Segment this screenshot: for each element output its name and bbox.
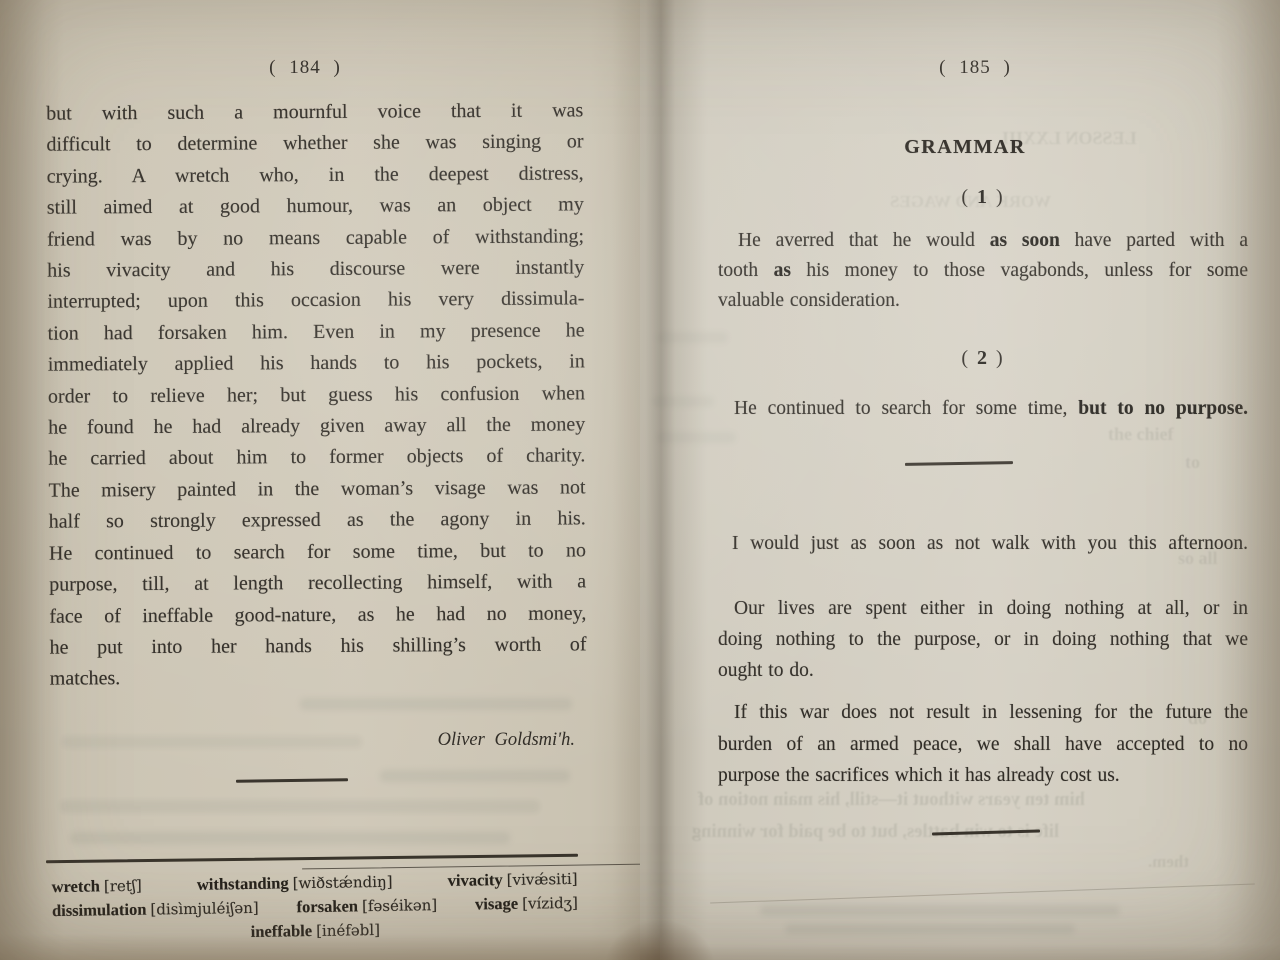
bleed-smudge	[380, 770, 570, 782]
bleed-through-text: the chief	[1108, 424, 1173, 445]
footer-rule	[46, 854, 578, 863]
vocabulary-row: dissimulation[disìmjuléiʃən]forsaken[fəs…	[52, 893, 578, 921]
text: tooth	[718, 260, 774, 281]
bold-text: 1	[977, 186, 989, 208]
text-line: he carried about him to former objects o…	[48, 441, 585, 476]
vocab-word: dissimulation	[52, 900, 147, 920]
page-bottom-edge	[640, 944, 1280, 960]
text-line: matches.	[50, 661, 587, 696]
divider-rule	[932, 829, 1040, 835]
author-attribution: Oliver Goldsmi'h.	[48, 730, 575, 751]
text: valuable consideration.	[718, 290, 900, 311]
text-line: purpose the sacrifices which it has alre…	[718, 760, 1248, 792]
text-line: friend was by no means capable of withst…	[47, 221, 584, 256]
vocab-phonetic: [disìmjuléiʃən]	[150, 899, 258, 919]
text-line: Our lives are spent either in doing noth…	[718, 593, 1248, 624]
vocabulary-entry: forsaken[fəséikən]	[296, 895, 437, 917]
text-line: interrupted; upon this occasion his very…	[47, 284, 584, 319]
bleed-smudge	[300, 698, 572, 710]
text-line: but with such a mournful voice that it w…	[46, 95, 583, 130]
divider-rule	[905, 461, 1013, 465]
bleed-rule	[710, 883, 1255, 903]
text-line: he put into her hands his shilling’s wor…	[49, 629, 586, 664]
bold-text: 2	[977, 347, 989, 369]
vocab-phonetic: [retʃ]	[104, 877, 142, 896]
text-line: his vivacity and his discourse were inst…	[47, 252, 584, 287]
vocab-phonetic: [vízidʒ]	[522, 894, 578, 913]
page-number-right: ( 185 )	[690, 57, 1260, 79]
text-line: half so strongly expressed as the agony …	[49, 504, 586, 539]
vocabulary-entry: withstanding[wiðstǽndiŋ]	[197, 872, 393, 895]
text-line: burden of an armed peace, we shall have …	[718, 729, 1248, 761]
bleed-smudge	[760, 905, 1120, 916]
text-line: he found he had already given away all t…	[48, 409, 585, 444]
text-line: face of ineffable good-nature, as he had…	[49, 598, 586, 633]
footer-rule-thin	[302, 864, 652, 870]
example-sentence-walk: I would just as soon as not walk with yo…	[718, 529, 1248, 559]
text-line: The misery painted in the woman’s visage…	[48, 472, 585, 507]
vocab-phonetic: [wiðstǽndiŋ]	[292, 873, 392, 893]
text: He continued to search for some time,	[734, 398, 1078, 419]
text: (	[961, 347, 977, 369]
bleed-smudge	[652, 396, 714, 407]
vocabulary-entry: visage[vízidʒ]	[475, 893, 578, 915]
bleed-smudge	[60, 800, 540, 813]
book-photo: ( 184 ) but with such a mournful voice t…	[0, 0, 1280, 960]
text-line: ought to do.	[718, 655, 1248, 686]
text: He averred that he would	[738, 230, 990, 251]
bleed-smudge	[656, 332, 728, 343]
text: )	[989, 347, 1005, 369]
text-line: immediately applied his hands to his poc…	[48, 347, 585, 382]
text-line: crying. A wretch who, in the deepest dis…	[47, 158, 584, 193]
page-number-left: ( 184 )	[20, 57, 590, 79]
grammar-example-2: He continued to search for some time, bu…	[718, 394, 1248, 424]
text-line: He averred that he would as soon have pa…	[718, 226, 1248, 256]
vocab-phonetic: [vivǽsiti]	[507, 870, 578, 889]
vocab-word: forsaken	[296, 896, 358, 916]
text-line: He continued to search for some time, bu…	[49, 535, 586, 570]
text-line: purpose, till, at length recollecting hi…	[49, 566, 586, 601]
vocabulary-entry: vivacity[vivǽsiti]	[448, 869, 578, 891]
spine-shadow	[606, 920, 714, 960]
bleed-through-text: him ten years without it—still, his main…	[698, 790, 1085, 811]
text-line: still aimed at good humour, was an objec…	[47, 190, 584, 225]
text: (	[961, 186, 977, 208]
vocab-phonetic: [fəséikən]	[362, 896, 437, 915]
text: have parted with a	[1060, 230, 1248, 251]
bleed-smudge	[785, 924, 1075, 934]
vocab-word: withstanding	[197, 873, 289, 893]
text-line: valuable consideration.	[718, 286, 1248, 316]
text-line: doing nothing to the purpose, or in doin…	[718, 624, 1248, 655]
vocab-word: wretch	[51, 876, 100, 896]
vocabulary-entry: dissimulation[disìmjuléiʃən]	[52, 898, 259, 921]
bleed-smudge	[656, 432, 736, 443]
example-paragraph-war: If this war does not result in lessening…	[718, 697, 1248, 792]
page-185: ( 185 ) LESSON LXXIII WORK AND WAGES the…	[640, 0, 1280, 960]
page-body-left: but with such a mournful voice that it w…	[46, 95, 587, 695]
vocabulary-entry: wretch[retʃ]	[51, 876, 141, 897]
example-paragraph-lives: Our lives are spent either in doing noth…	[718, 593, 1248, 686]
bleed-smudge	[70, 832, 510, 844]
text-line: tooth as his money to those vagabonds, u…	[718, 256, 1248, 286]
bold-text: but to no purpose.	[1078, 398, 1248, 419]
bold-text: as	[774, 260, 791, 281]
text: )	[989, 186, 1005, 208]
vocab-word: visage	[475, 894, 518, 914]
divider-rule	[236, 778, 348, 782]
bold-text: as soon	[990, 230, 1060, 251]
bleed-through-text: them.	[1148, 852, 1189, 872]
grammar-example-1: He averred that he would as soon have pa…	[718, 226, 1248, 316]
vocab-word: vivacity	[448, 870, 503, 890]
text-line: If this war does not result in lessening…	[718, 697, 1248, 729]
text-line: order to relieve her; but guess his conf…	[48, 378, 585, 413]
bleed-through-text: to	[1185, 452, 1200, 473]
section-label-2: ( 2 )	[718, 347, 1248, 370]
page-bottom-edge	[0, 934, 660, 960]
text: his money to those vagabonds, unless for…	[791, 260, 1248, 281]
text-line: tion had forsaken him. Even in my presen…	[48, 315, 585, 350]
grammar-heading: GRAMMAR	[700, 136, 1230, 159]
page-184: ( 184 ) but with such a mournful voice t…	[0, 0, 640, 960]
vocabulary-row: wretch[retʃ]withstanding[wiðstǽndiŋ]viva…	[51, 869, 577, 897]
section-label-1: ( 1 )	[718, 186, 1248, 209]
text-line: difficult to determine whether she was s…	[46, 127, 583, 162]
